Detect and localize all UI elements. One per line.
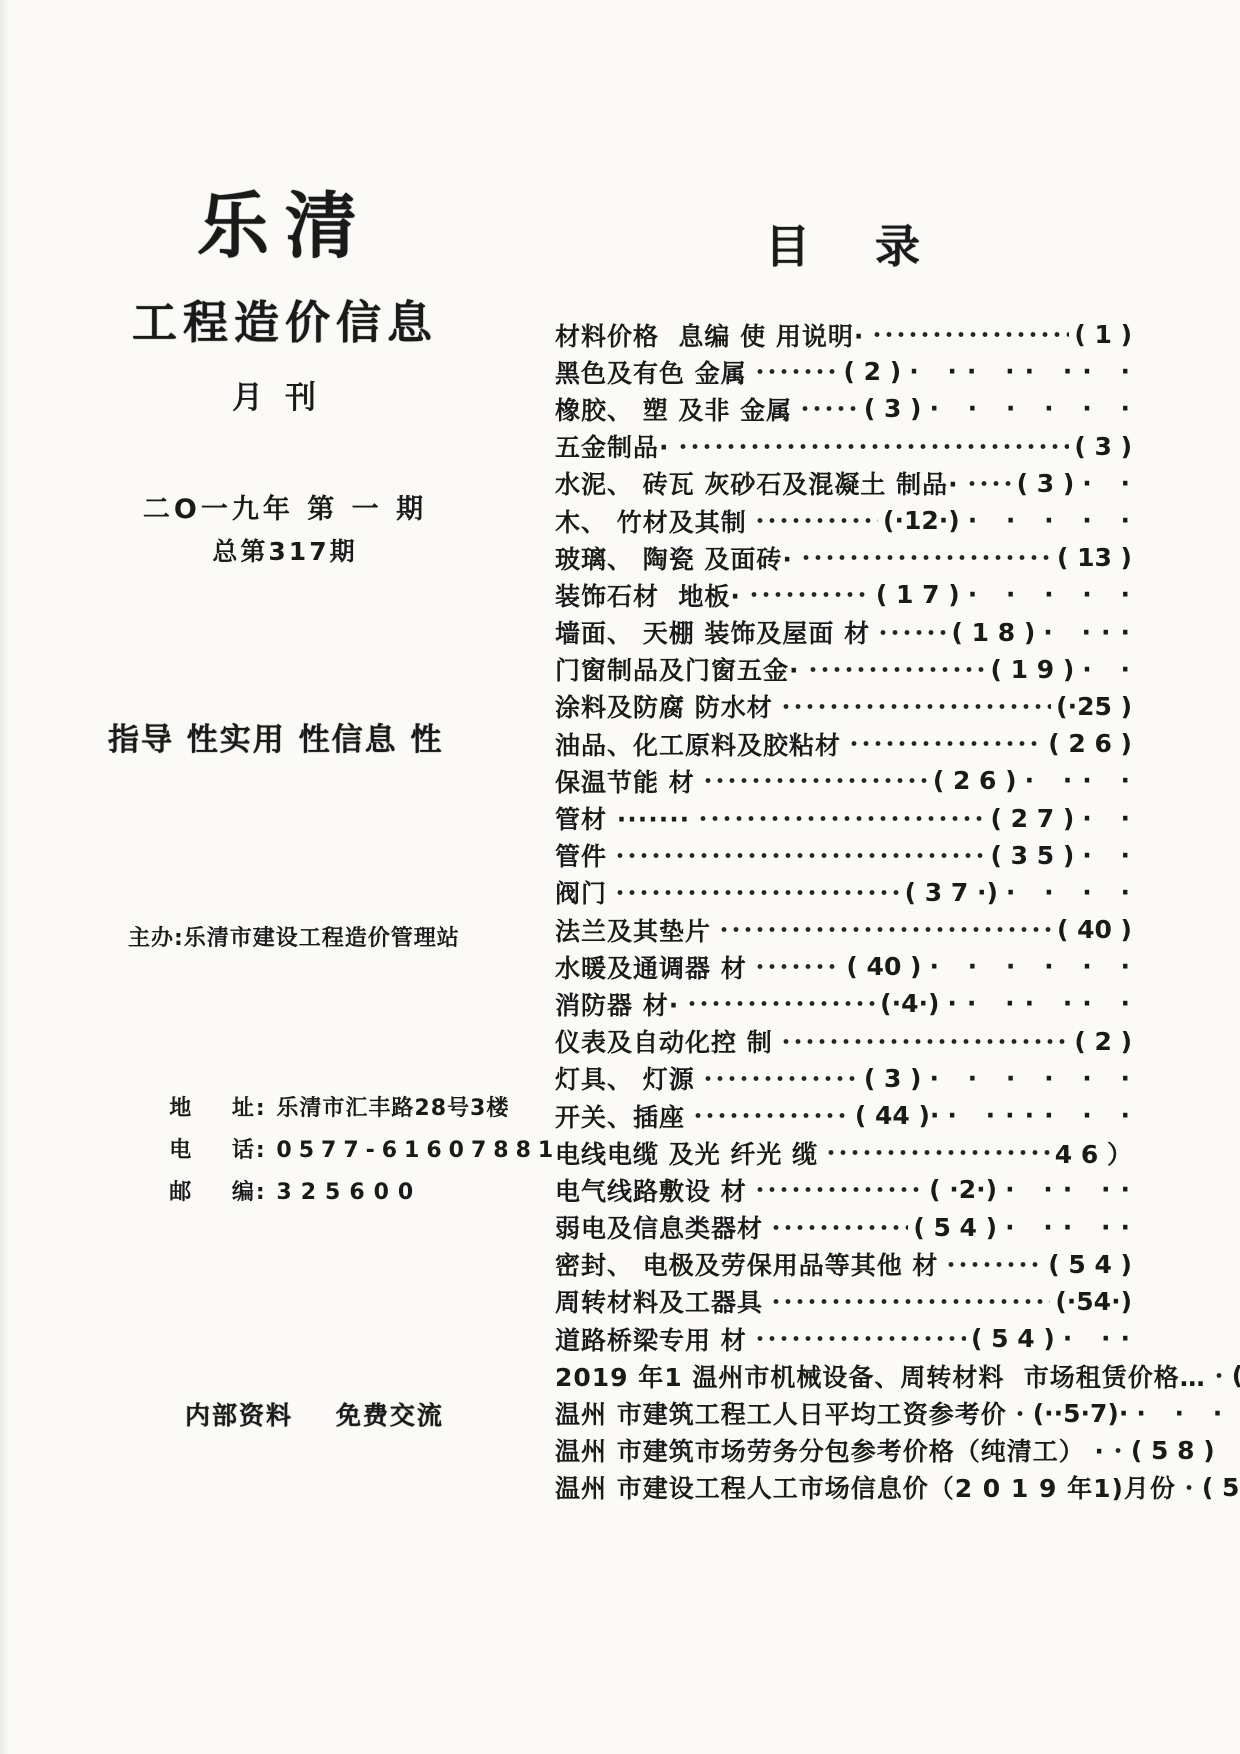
postcode-value: 325600 <box>276 1180 422 1205</box>
toc-entry-page: (·4·) <box>880 989 939 1018</box>
periodical-label: 月刊 <box>100 372 470 417</box>
toc-dot-leader <box>966 471 1012 496</box>
toc-entry-label: 消防器 材· <box>555 986 679 1022</box>
toc-entry-trail-dots: · · · · · · <box>921 394 1140 423</box>
toc-dot-leader <box>614 843 986 868</box>
toc-dot-leader <box>754 954 842 979</box>
toc-entry-label: 木、 竹材及其制 <box>555 503 747 539</box>
toc-entry: 保温节能 材( 2 6 )· ·· · <box>555 762 1140 799</box>
toc-entry: 管材 ·······( 2 7 )· · <box>555 799 1140 836</box>
toc-dot-leader <box>945 1252 1043 1277</box>
toc-entry-page: ( 13 ) <box>1057 543 1132 572</box>
toc-entry-label: 五金制品· <box>555 428 670 464</box>
toc-entry-page: ( 1 ) <box>1074 320 1132 349</box>
toc-entry-label: 温州 市建筑工程工人日平均工资参考价 <box>555 1395 1007 1431</box>
toc-entry-trail-dots: · ···· · · <box>939 1101 1140 1130</box>
toc-entry-page: 4 6 ） <box>1055 1135 1132 1171</box>
toc-entry: 法兰及其垫片( 40 ) <box>555 911 1140 948</box>
toc-entry-label: 装饰石材 地板· <box>555 577 741 613</box>
toc-entry-label: 橡胶、 塑 及非 金属 <box>555 391 792 427</box>
toc-entry-page: ( 5 4 ) <box>913 1213 997 1242</box>
toc-entry-label: 涂料及防腐 防水材 <box>555 688 773 724</box>
toc-entry-label: 温州 市建设工程人工市场信息价（2 0 1 9 年1)月份 <box>555 1469 1176 1505</box>
toc-entry: 五金制品·( 3 ) <box>555 428 1140 465</box>
toc-entry: 电气线路敷设 材( ·2·)· ·· ·· <box>555 1171 1140 1208</box>
toc-entry-label: 玻璃、 陶瓷 及面砖· <box>555 540 793 576</box>
toc-entry-label: 弱电及信息类器材 <box>555 1209 763 1245</box>
toc-dot-leader <box>848 731 1043 756</box>
toc-entry: 温州 市建筑市场劳务分包参考价格（纯清工） ·( 5 8 ) <box>555 1432 1140 1469</box>
toc-entry-page: ( 3 5 ) <box>991 841 1075 870</box>
toc-dot-leader <box>825 1140 1050 1165</box>
toc-entry-label: 水暖及通调器 材 <box>555 949 747 985</box>
toc-entry: 仪表及自动化控 制( 2 ) <box>555 1023 1140 1060</box>
toc-entry: 黑色及有色 金属( 2 )· ·· ·· ·· · <box>555 353 1140 390</box>
toc-entry-label: 黑色及有色 金属 <box>555 354 747 390</box>
address-value: 乐清市汇丰路28号3楼 <box>276 1096 509 1121</box>
toc-entry: 开关、插座( 44 )·· ···· · · <box>555 1097 1140 1134</box>
magazine-cover-page: 乐清 工程造价信息 月刊 二O一九年 第 一 期 总第317期 指导 性实用 性… <box>0 0 1240 1754</box>
toc-dot-leader <box>718 917 1052 942</box>
toc-entry: 油品、化工原料及胶粘材( 2 6 ) <box>555 725 1140 762</box>
toc-entry: 材料价格 息编 使 用说明·( 1 ) <box>555 316 1140 353</box>
slogan-line: 指导 性实用 性信息 性 <box>108 714 443 759</box>
toc-entry-page: ( 1 8 ) <box>952 618 1036 647</box>
toc-dot-leader <box>702 1066 859 1091</box>
toc-entry: 橡胶、 塑 及非 金属( 3 )· · · · · · <box>555 390 1140 427</box>
toc-entry: 密封、 电极及劳保用品等其他 材( 5 4 ) <box>555 1246 1140 1283</box>
toc-entry-trail-dots: · · <box>1074 841 1140 870</box>
toc-entry-label: 2019 年1 温州市机械设备、周转材料 市场租赁价格… <box>555 1358 1206 1394</box>
toc-entry-page: ( 2 6 ) <box>1048 729 1132 758</box>
toc-entry-label: 门窗制品及门窗五金· <box>555 651 800 687</box>
toc-dot-leader <box>1213 1363 1227 1388</box>
toc-entry-page: ( 56 ) <box>1232 1361 1240 1390</box>
toc-entry-label: 电线电缆 及光 纤光 缆 <box>555 1135 818 1171</box>
toc-entry-page: ( 3 7 ·) <box>905 878 998 907</box>
toc-dot-leader <box>754 1177 924 1202</box>
toc-entry-label: 管材 ······· <box>555 800 690 836</box>
toc-dot-leader <box>1183 1475 1197 1500</box>
toc-list: 材料价格 息编 使 用说明·( 1 )黑色及有色 金属( 2 )· ·· ·· … <box>555 316 1140 1506</box>
contact-block: 地 址: 乐清市汇丰路28号3楼 电 话: 0577-61607881 邮 编:… <box>108 1066 560 1192</box>
toc-entry-label: 开关、插座 <box>555 1098 685 1134</box>
toc-entry-trail-dots: · ·· · <box>1017 766 1140 795</box>
toc-dot-leader <box>799 396 859 421</box>
toc-entry-trail-dots: · · · · <box>998 878 1140 907</box>
contact-address-row: 地 址: 乐清市汇丰路28号3楼 <box>108 1066 560 1108</box>
toc-entry-page: ( 3 ) <box>864 394 922 423</box>
toc-title: 目 录 <box>555 210 1140 275</box>
toc-entry-trail-dots: · · · · · · <box>921 952 1140 981</box>
toc-entry-label: 温州 市建筑市场劳务分包参考价格（纯清工） · <box>555 1432 1105 1468</box>
toc-entry-page: ( 5 8 ) <box>1131 1436 1215 1465</box>
address-label: 地 址: <box>169 1091 276 1122</box>
toc-entry: 玻璃、 陶瓷 及面砖·( 13 ) <box>555 539 1140 576</box>
toc-entry-trail-dots: ·· ·· ·· · <box>939 989 1140 1018</box>
toc-entry-label: 油品、化工原料及胶粘材 <box>555 726 841 762</box>
toc-entry-page: ( 3 ) <box>1017 469 1075 498</box>
toc-dot-leader <box>614 880 900 905</box>
toc-entry-page: ( 3 ) <box>1074 432 1132 461</box>
toc-entry-trail-dots: · ··· <box>1035 618 1140 647</box>
toc-entry-label: 密封、 电极及劳保用品等其他 材 <box>555 1246 938 1282</box>
toc-entry-page: ( 2 7 ) <box>991 804 1075 833</box>
toc-entry-page: ( ·2·) <box>929 1175 997 1204</box>
toc-dot-leader <box>1112 1438 1126 1463</box>
toc-entry-label: 道路桥梁专用 材 <box>555 1321 747 1357</box>
toc-entry: 阀门( 3 7 ·)· · · · <box>555 874 1140 911</box>
toc-dot-leader <box>686 991 875 1016</box>
phone-label: 电 话: <box>169 1133 276 1164</box>
toc-entry: 墙面、 天棚 装饰及屋面 材( 1 8 )· ··· <box>555 614 1140 651</box>
toc-entry-trail-dots: · · · <box>1128 1399 1232 1428</box>
toc-entry-page: (·12·) <box>883 506 960 535</box>
toc-entry: 水泥、 砖瓦 灰砂石及混凝土 制品·( 3 )· · <box>555 465 1140 502</box>
toc-entry-label: 材料价格 息编 使 用说明· <box>555 317 864 353</box>
toc-entry: 2019 年1 温州市机械设备、周转材料 市场租赁价格…( 56 ) <box>555 1357 1140 1394</box>
toc-entry-page: ( 3 ) <box>864 1064 922 1093</box>
toc-dot-leader <box>807 657 986 682</box>
organizer-line: 主办:乐清市建设工程造价管理站 <box>128 921 460 952</box>
toc-entry-page: (·54·) <box>1055 1287 1132 1316</box>
toc-entry-page: ( 1 9 ) <box>991 655 1075 684</box>
toc-entry-page: (·25 ) <box>1056 692 1132 721</box>
issue-total-line: 总第317期 <box>100 532 470 568</box>
toc-entry-label: 管件 <box>555 837 607 873</box>
toc-entry-page: ( 1 7 ) <box>876 580 960 609</box>
toc-dot-leader <box>754 1326 966 1351</box>
toc-dot-leader <box>770 1215 908 1240</box>
toc-dot-leader <box>770 1289 1050 1314</box>
toc-entry-label: 仪表及自动化控 制 <box>555 1023 773 1059</box>
toc-entry-page: ( 40 ) <box>846 952 921 981</box>
toc-dot-leader <box>877 620 946 645</box>
magazine-subtitle: 工程造价信息 <box>100 286 470 351</box>
toc-entry-trail-dots: · ·· ·· <box>997 1175 1140 1204</box>
toc-entry-page: ( 40 ) <box>1057 915 1132 944</box>
toc-entry-label: 电气线路敷设 材 <box>555 1172 747 1208</box>
toc-entry-trail-dots: · ·· ·· <box>997 1213 1140 1242</box>
toc-entry-page: ( 2 ) <box>1074 1027 1132 1056</box>
phone-value: 0577-61607881 <box>276 1138 560 1163</box>
toc-entry: 道路桥梁专用 材( 5 4 )· ·· <box>555 1320 1140 1357</box>
toc-entry-page: ( 2 ) <box>844 357 902 386</box>
issue-line: 二O一九年 第 一 期 <box>100 487 470 526</box>
toc-entry-page: ( 2 6 ) <box>933 766 1017 795</box>
toc-dot-leader <box>754 359 839 384</box>
toc-entry-trail-dots: · ·· ·· ·· · <box>901 357 1140 386</box>
scan-edge-shadow <box>0 0 10 1754</box>
toc-dot-leader <box>800 545 1052 570</box>
toc-entry: 装饰石材 地板·( 1 7 )· · · · · <box>555 576 1140 613</box>
toc-entry-trail-dots: · · · · · <box>960 580 1140 609</box>
toc-entry-page: ( 5 9 ) <box>1202 1473 1240 1502</box>
toc-entry-trail-dots: · · <box>1074 655 1140 684</box>
toc-dot-leader <box>748 582 871 607</box>
toc-entry-label: 周转材料及工器具 <box>555 1283 763 1319</box>
toc-entry: 木、 竹材及其制(·12·)· · · · · <box>555 502 1140 539</box>
toc-entry: 温州 市建筑工程工人日平均工资参考价(··5·7)·· · · <box>555 1394 1140 1431</box>
toc-entry-trail-dots: · · <box>1074 469 1140 498</box>
toc-dot-leader <box>692 1103 850 1128</box>
toc-entry-page: ( 44 )· <box>855 1101 940 1130</box>
toc-entry-page: ( 5 4 ) <box>971 1324 1055 1353</box>
toc-entry-trail-dots: · · · · · · <box>921 1064 1140 1093</box>
toc-entry-label: 保温节能 材 <box>555 763 695 799</box>
toc-dot-leader <box>754 508 878 533</box>
toc-dot-leader <box>702 768 928 793</box>
toc-dot-leader <box>780 694 1051 719</box>
toc-entry: 弱电及信息类器材( 5 4 )· ·· ·· <box>555 1209 1140 1246</box>
toc-entry: 周转材料及工器具(·54·) <box>555 1283 1140 1320</box>
toc-entry-page: (··5·7)· <box>1033 1399 1129 1428</box>
postcode-label: 邮 编: <box>169 1175 276 1206</box>
toc-entry: 管件( 3 5 )· · <box>555 837 1140 874</box>
toc-entry: 灯具、 灯源( 3 )· · · · · · <box>555 1060 1140 1097</box>
toc-entry-trail-dots: · · <box>1074 804 1140 833</box>
toc-entry: 消防器 材·(·4·)·· ·· ·· · <box>555 985 1140 1022</box>
toc-entry: 门窗制品及门窗五金·( 1 9 )· · <box>555 651 1140 688</box>
toc-entry-label: 水泥、 砖瓦 灰砂石及混凝土 制品· <box>555 465 959 501</box>
toc-entry-page: ( 5 4 ) <box>1048 1250 1132 1279</box>
footer-note: 内部资料 免费交流 <box>185 1396 444 1432</box>
toc-entry-trail-dots: · · · · · <box>960 506 1140 535</box>
magazine-title: 乐清 <box>100 168 470 272</box>
toc-entry: 水暖及通调器 材( 40 )· · · · · · <box>555 948 1140 985</box>
toc-entry-label: 灯具、 灯源 <box>555 1060 695 1096</box>
toc-dot-leader <box>1014 1401 1028 1426</box>
toc-entry: 温州 市建设工程人工市场信息价（2 0 1 9 年1)月份( 5 9 ) <box>555 1469 1140 1506</box>
toc-dot-leader <box>677 434 1070 459</box>
toc-entry-label: 墙面、 天棚 装饰及屋面 材 <box>555 614 870 650</box>
toc-dot-leader <box>871 322 1069 347</box>
toc-entry-label: 法兰及其垫片 <box>555 912 711 948</box>
toc-entry-trail-dots: · ·· <box>1055 1324 1140 1353</box>
toc-entry: 涂料及防腐 防水材(·25 ) <box>555 688 1140 725</box>
toc-dot-leader <box>697 806 985 831</box>
toc-entry: 电线电缆 及光 纤光 缆4 6 ） <box>555 1134 1140 1171</box>
toc-dot-leader <box>780 1029 1070 1054</box>
toc-entry-label: 阀门 <box>555 874 607 910</box>
